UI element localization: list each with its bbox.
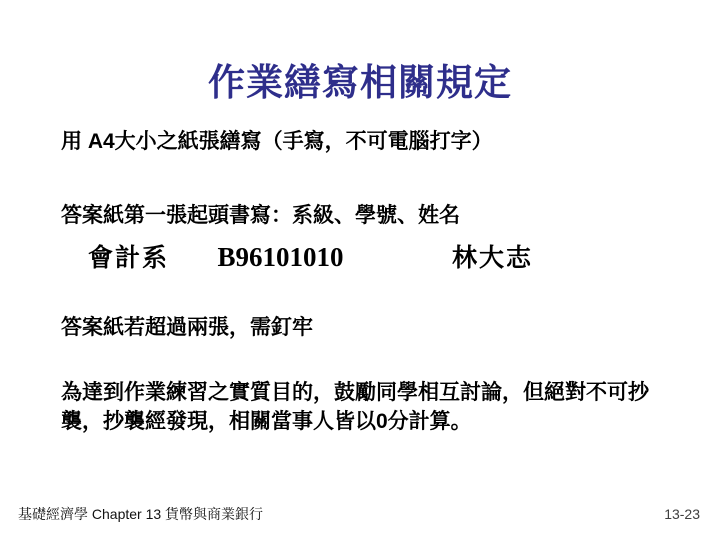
student-info-example: 會計系 B96101010 林大志 — [88, 238, 533, 274]
bullet-item-paper-size: 用 A4大小之紙張繕寫（手寫，不可電腦打字） — [40, 127, 493, 156]
slide-title: 作業繕寫相關規定 — [0, 52, 720, 106]
page-number: 13-23 — [664, 506, 700, 522]
bullet-text: 用 A4大小之紙張繕寫（手寫，不可電腦打字） — [61, 127, 493, 156]
bullet-text: 答案紙若超過兩張，需釘牢 — [61, 313, 313, 342]
footer-course-title: 基礎經濟學 Chapter 13 貨幣與商業銀行 — [18, 504, 263, 524]
example-student-name: 林大志 — [452, 244, 533, 272]
example-student-id: B96101010 — [217, 242, 343, 272]
example-department: 會計系 — [88, 244, 169, 272]
bullet-text: 為達到作業練習之實質目的，鼓勵同學相互討論，但絕對不可抄襲，抄襲經發現，相關當事… — [61, 378, 681, 436]
presentation-slide: 作業繕寫相關規定 用 A4大小之紙張繕寫（手寫，不可電腦打字） 答案紙第一張起頭… — [0, 0, 720, 540]
bullet-text: 答案紙第一張起頭書寫：系級、學號、姓名 — [61, 201, 460, 230]
bullet-item-no-plagiarism: 為達到作業練習之實質目的，鼓勵同學相互討論，但絕對不可抄襲，抄襲經發現，相關當事… — [40, 378, 700, 436]
bullet-item-staple: 答案紙若超過兩張，需釘牢 — [40, 313, 313, 342]
bullet-item-header-info: 答案紙第一張起頭書寫：系級、學號、姓名 — [40, 201, 460, 230]
